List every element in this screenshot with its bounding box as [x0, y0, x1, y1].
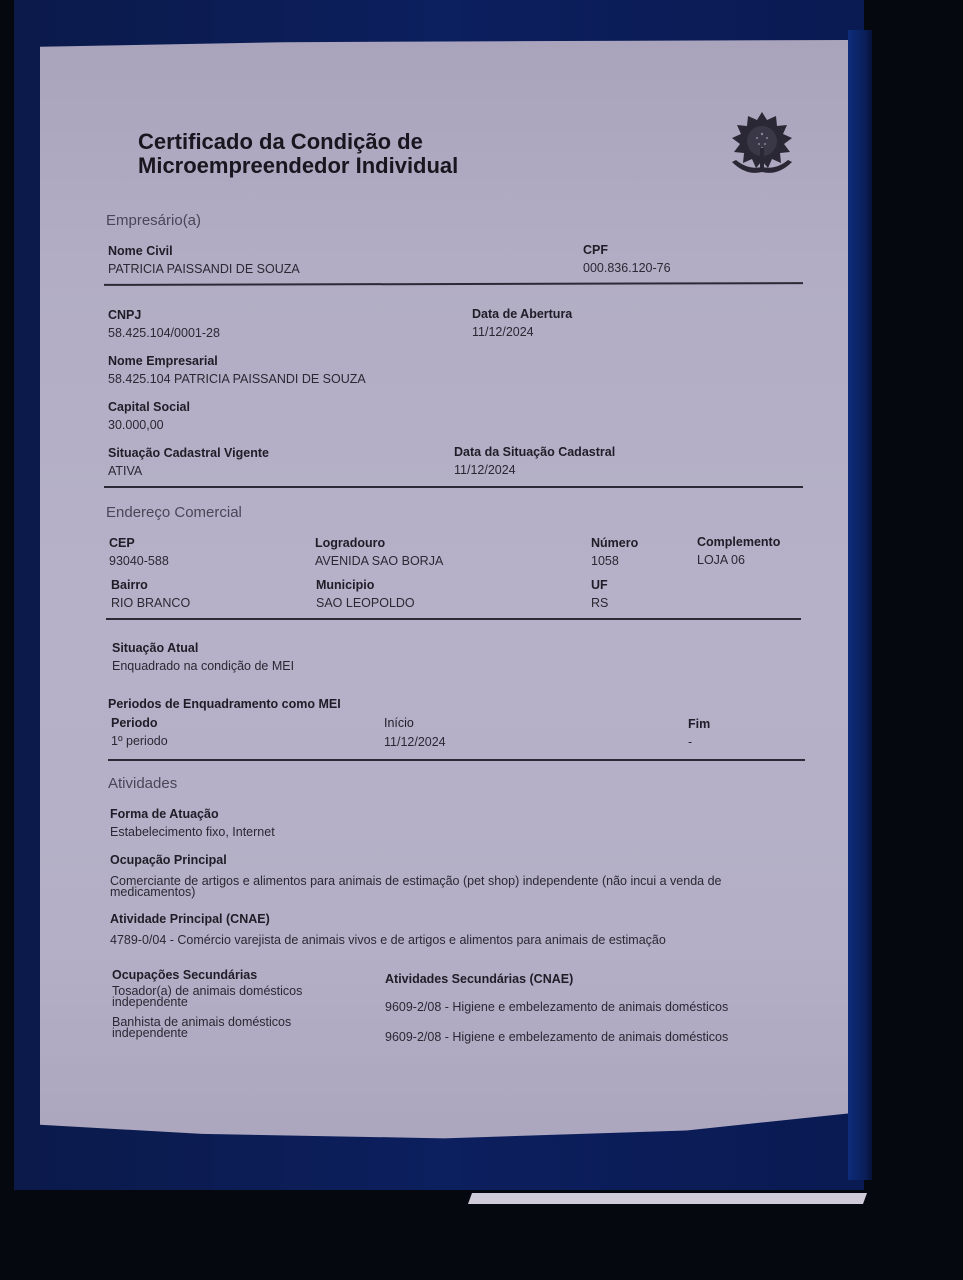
complemento-label: Complemento [697, 535, 780, 549]
section-endereco: Endereço Comercial [106, 504, 242, 521]
atividade-secundaria-item: 9609-2/08 - Higiene e embelezamento de a… [385, 1030, 728, 1044]
brazil-coat-of-arms-icon [726, 110, 798, 180]
cnae-principal-label: Atividade Principal (CNAE) [110, 912, 270, 926]
cnpj-label: CNPJ [108, 308, 141, 322]
ocupacao-principal-label: Ocupação Principal [110, 853, 227, 867]
cep-label: CEP [109, 536, 135, 550]
data-situacao-value: 11/12/2024 [454, 463, 516, 477]
complemento-value: LOJA 06 [697, 553, 745, 567]
situacao-cadastral-value: ATIVA [108, 464, 142, 478]
forma-atuacao-label: Forma de Atuação [110, 807, 219, 821]
capital-social-label: Capital Social [108, 400, 190, 414]
divider [104, 486, 803, 488]
municipio-label: Municipio [316, 578, 374, 592]
title-line-2: Microempreendedor Individual [138, 154, 558, 178]
nome-civil-label: Nome Civil [108, 244, 173, 258]
logradouro-label: Logradouro [315, 536, 385, 550]
folder-edge [848, 30, 872, 1180]
atividade-secundaria-item: 9609-2/08 - Higiene e embelezamento de a… [385, 1000, 728, 1014]
bairro-value: RIO BRANCO [111, 596, 190, 610]
cpf-label: CPF [583, 243, 608, 257]
paper-edge [468, 1193, 867, 1204]
cnae-principal-value: 4789-0/04 - Comércio varejista de animai… [110, 933, 666, 947]
document-title: Certificado da Condição de Microempreend… [138, 130, 558, 178]
inicio-column-header: Início [384, 716, 414, 730]
fim-value: - [688, 735, 692, 749]
periodo-column-header: Periodo [111, 716, 158, 730]
section-empresario: Empresário(a) [106, 212, 201, 229]
data-abertura-label: Data de Abertura [472, 307, 572, 321]
uf-label: UF [591, 578, 608, 592]
periodo-value: 1º periodo [111, 734, 168, 748]
logradouro-value: AVENIDA SAO BORJA [315, 554, 443, 568]
divider [106, 618, 801, 620]
capital-social-value: 30.000,00 [108, 418, 164, 432]
certificate-page: Certificado da Condição de Microempreend… [40, 40, 848, 1170]
bairro-label: Bairro [111, 578, 148, 592]
situacao-atual-value: Enquadrado na condição de MEI [112, 659, 294, 673]
cpf-value: 000.836.120-76 [583, 261, 671, 275]
forma-atuacao-value: Estabelecimento fixo, Internet [110, 825, 275, 839]
ocupacao-secundaria-item: Banhista de animais domésticos independe… [112, 1017, 312, 1039]
situacao-atual-label: Situação Atual [112, 641, 198, 655]
nome-civil-value: PATRICIA PAISSANDI DE SOUZA [108, 262, 300, 276]
cnpj-value: 58.425.104/0001-28 [108, 326, 220, 340]
fim-column-header: Fim [688, 717, 710, 731]
numero-label: Número [591, 536, 638, 550]
title-line-1: Certificado da Condição de [138, 130, 558, 154]
periodos-title: Periodos de Enquadramento como MEI [108, 697, 341, 711]
atividades-secundarias-label: Atividades Secundárias (CNAE) [385, 972, 573, 986]
inicio-value: 11/12/2024 [384, 735, 446, 749]
cep-value: 93040-588 [109, 554, 169, 568]
municipio-value: SAO LEOPOLDO [316, 596, 415, 610]
data-abertura-value: 11/12/2024 [472, 325, 534, 339]
uf-value: RS [591, 596, 608, 610]
section-atividades: Atividades [108, 775, 177, 792]
ocupacao-secundaria-item: Tosador(a) de animais domésticos indepen… [112, 986, 327, 1008]
situacao-cadastral-label: Situação Cadastral Vigente [108, 446, 269, 460]
numero-value: 1058 [591, 554, 619, 568]
divider [104, 282, 803, 286]
ocupacao-principal-value: Comerciante de artigos e alimentos para … [110, 876, 780, 898]
nome-empresarial-label: Nome Empresarial [108, 354, 218, 368]
nome-empresarial-value: 58.425.104 PATRICIA PAISSANDI DE SOUZA [108, 372, 366, 386]
ocupacoes-secundarias-label: Ocupações Secundárias [112, 968, 257, 982]
data-situacao-label: Data da Situação Cadastral [454, 445, 615, 459]
divider [108, 759, 805, 761]
